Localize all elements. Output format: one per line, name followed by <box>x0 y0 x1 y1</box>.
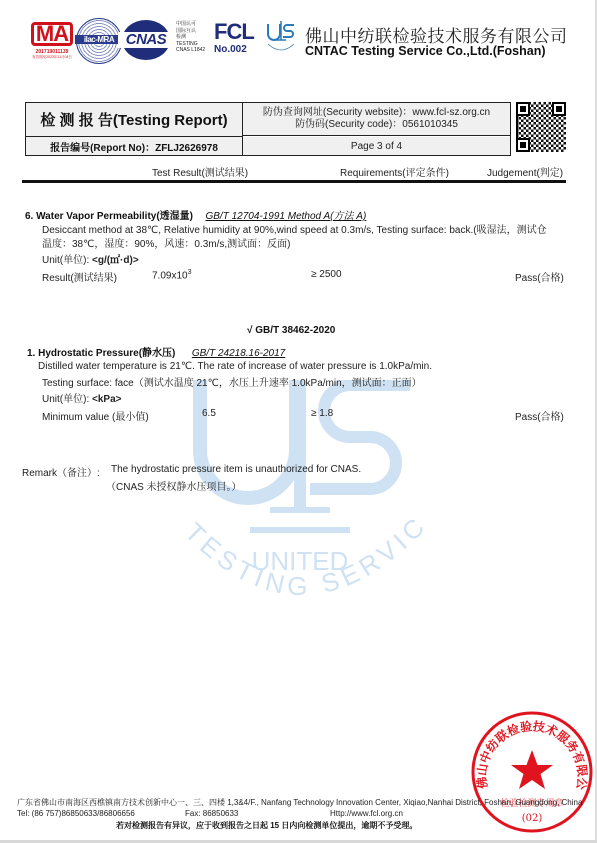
security-website: 防伪查询网址(Security website)：www.fcl-sz.org.… <box>243 107 510 119</box>
requirement-value: ≥ 1.8 <box>311 408 333 419</box>
test-description-line2: Testing surface: face（测试水温度 21℃，水压上升速率 1… <box>42 374 422 389</box>
result-label: Result(测试结果) <box>42 269 117 284</box>
svg-text:(02): (02) <box>522 813 543 824</box>
unit-row: Unit(单位): <kPa> <box>42 390 121 405</box>
cma-logo: MA 201719011139 有效期至2023年11月04日 <box>30 22 74 62</box>
result-exponent: 3 <box>188 269 192 276</box>
fcl-number: No.002 <box>214 44 254 56</box>
remark-label: Remark（备注）: <box>22 464 100 479</box>
result-label: Minimum value (最小值) <box>42 408 149 423</box>
page-indicator: Page 3 of 4 <box>243 137 510 155</box>
test-description-line2: 温度：38℃，湿度：90%，风速：0.3m/s,测试面：反面) <box>42 235 291 250</box>
footer-notice: 若对检测报告有异议，应于收到报告之日起 15 日内向检测单位提出，逾期不予受理。 <box>116 820 417 831</box>
unit-row: Unit(单位): <g/(㎡·d)> <box>42 251 139 266</box>
remark-line1: The hydrostatic pressure item is unautho… <box>111 464 361 475</box>
unit-label: Unit(单位): <box>42 255 92 266</box>
result-mantissa: 7.09x10 <box>152 270 188 281</box>
cnas-line: CNAS L1842 <box>176 47 205 54</box>
report-number: 报告编号(Report No)：ZFLJ2626978 <box>26 137 243 155</box>
report-header-table: 检 测 报 告(Testing Report) 防伪查询网址(Security … <box>25 102 511 156</box>
uts-logo <box>265 20 297 56</box>
section-hydrostatic: 1. Hydrostatic Pressure(静水压) GB/T 24218.… <box>27 343 285 361</box>
unit-value: <g/(㎡·d)> <box>92 255 139 266</box>
cnas-logo: CNAS <box>122 20 170 60</box>
section-title: 1. Hydrostatic Pressure(静水压) <box>27 348 175 359</box>
header-divider <box>22 180 566 183</box>
remark-line2: （CNAS 未授权静水压项目。） <box>106 478 242 493</box>
footer-website[interactable]: Http://www.fcl.org.cn <box>330 809 403 818</box>
column-requirements: Requirements(评定条件) <box>340 164 449 179</box>
result-value: 6.5 <box>202 408 216 419</box>
ilac-mra-logo: ilac-MRA <box>76 18 122 64</box>
cnas-label: CNAS <box>118 32 174 48</box>
test-description-line1: Desiccant method at 38℃, Relative humidi… <box>42 221 547 236</box>
result-value: 7.09x103 <box>152 269 192 281</box>
official-seal-stamp: 佛山中纺联检验技术服务有限公司 检验检测专用章 (02) <box>470 710 594 834</box>
judgement-value: Pass(合格) <box>515 408 564 423</box>
qr-finder <box>516 102 530 116</box>
judgement-value: Pass(合格) <box>515 269 564 284</box>
qr-finder <box>516 138 530 152</box>
fcl-label: FCL <box>214 20 254 44</box>
footer-tel: Tel: (86 757)86850633/86806656 <box>17 809 135 818</box>
fcl-logo: FCL No.002 <box>214 20 254 60</box>
qr-finder <box>552 102 566 116</box>
test-standard: GB/T 24218.16-2017 <box>192 348 285 359</box>
unit-label: Unit(单位): <box>42 394 92 405</box>
qr-code-icon <box>516 102 566 152</box>
requirement-value: ≥ 2500 <box>311 269 342 280</box>
cnas-accreditation-text: 中国认可 国际互认 检测 TESTING CNAS L1842 <box>176 21 205 54</box>
test-description-line1: Distilled water temperature is 21℃. The … <box>38 361 432 372</box>
security-info: 防伪查询网址(Security website)：www.fcl-sz.org.… <box>243 103 510 136</box>
ilac-label: ilac-MRA <box>75 35 123 44</box>
company-name-en: CNTAC Testing Service Co.,Ltd.(Foshan) <box>305 44 546 58</box>
footer-fax: Fax: 86850633 <box>185 809 238 818</box>
unit-value: <kPa> <box>92 394 121 405</box>
report-title: 检 测 报 告(Testing Report) <box>26 103 243 137</box>
standard-group-heading: √ GB/T 38462-2020 <box>247 325 335 336</box>
column-test-result: Test Result(测试结果) <box>152 164 248 179</box>
footer-address: 广东省佛山市南海区西樵镇南方技术创新中心一、三、四楼 1,3&4/F., Nan… <box>17 797 582 808</box>
cma-mark: MA <box>31 22 73 46</box>
column-judgement: Judgement(判定) <box>487 164 563 179</box>
cma-sub: 有效期至2023年11月04日 <box>30 55 74 60</box>
svg-text:UNITED: UNITED <box>252 546 349 576</box>
security-code: 防伪码(Security code)：0561010345 <box>243 119 510 131</box>
